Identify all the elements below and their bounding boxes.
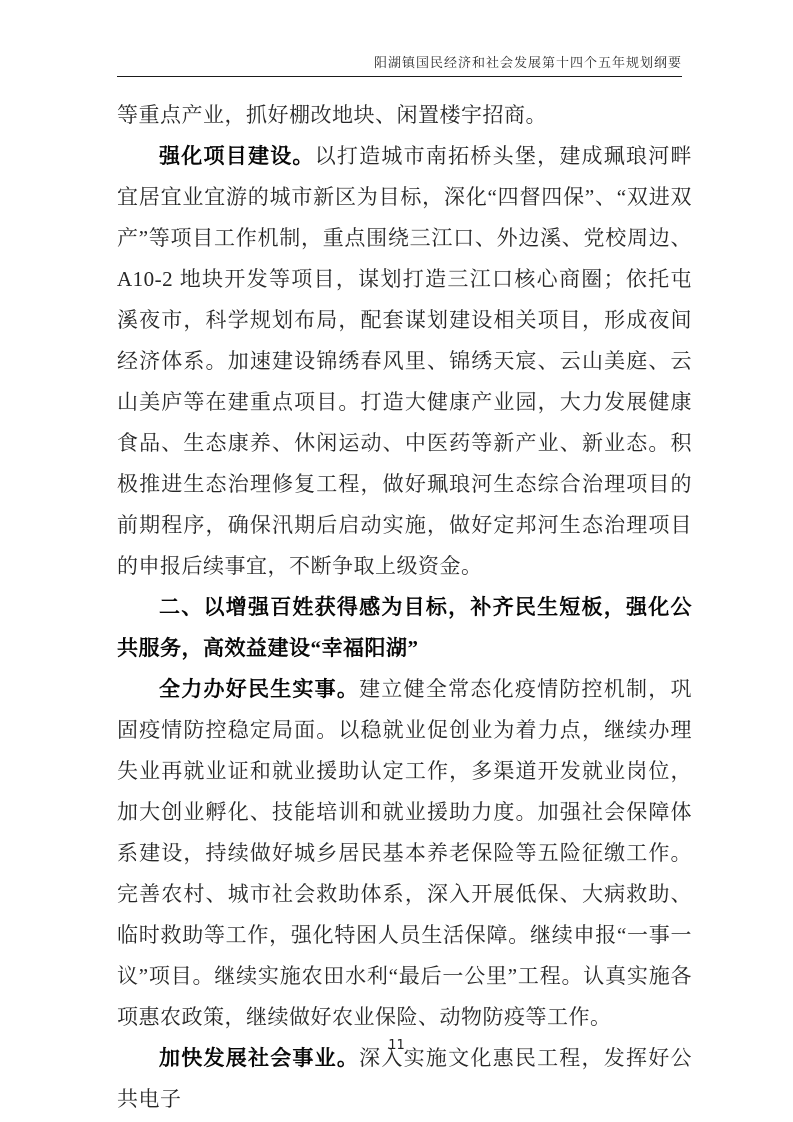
paragraph-project-construction: 强化项目建设。以打造城市南拓桥头堡，建成珮琅河畔宜居宜业宜游的城市新区为目标，深… <box>117 136 692 587</box>
document-page: 阳湖镇国民经济和社会发展第十四个五年规划纲要 等重点产业，抓好棚改地块、闲置楼宇… <box>0 0 793 1122</box>
section-heading-two: 二、以增强百姓获得感为目标，补齐民生短板，强化公共服务，高效益建设“幸福阳湖” <box>117 587 692 669</box>
document-body: 等重点产业，抓好棚改地块、闲置楼宇招商。 强化项目建设。以打造城市南拓桥头堡，建… <box>117 95 692 1120</box>
paragraph-text: 等重点产业，抓好棚改地块、闲置楼宇招商。 <box>117 103 547 127</box>
section-heading-text: 二、以增强百姓获得感为目标，补齐民生短板，强化公共服务，高效益建设“幸福阳湖” <box>117 595 692 660</box>
paragraph-text: 建立健全常态化疫情防控机制，巩固疫情防控稳定局面。以稳就业促创业为着力点，继续办… <box>117 677 692 1029</box>
page-header-title: 阳湖镇国民经济和社会发展第十四个五年规划纲要 <box>117 52 682 77</box>
paragraph-livelihood: 全力办好民生实事。建立健全常态化疫情防控机制，巩固疫情防控稳定局面。以稳就业促创… <box>117 669 692 1038</box>
paragraph-text: 以打造城市南拓桥头堡，建成珮琅河畔宜居宜业宜游的城市新区为目标，深化“四督四保”… <box>117 144 692 578</box>
page-number: 11 <box>0 1038 793 1053</box>
paragraph-continuation: 等重点产业，抓好棚改地块、闲置楼宇招商。 <box>117 95 692 136</box>
paragraph-lead: 强化项目建设。 <box>159 144 315 168</box>
paragraph-lead: 全力办好民生实事。 <box>159 677 359 701</box>
